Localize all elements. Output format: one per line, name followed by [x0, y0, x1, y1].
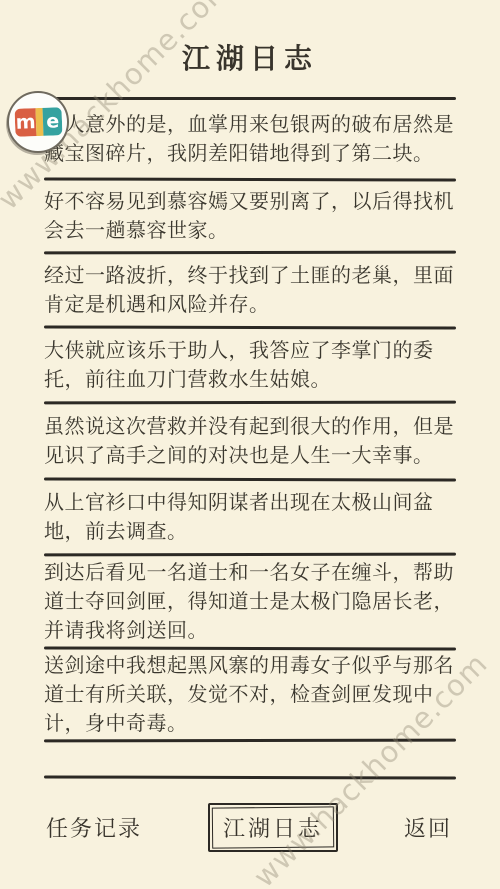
divider-line — [44, 646, 456, 650]
divider-line — [44, 477, 456, 481]
journal-tab-button[interactable]: 江湖日志 — [208, 803, 338, 852]
me-logo-icon: m e — [14, 107, 62, 137]
logo-letter-m: m — [14, 108, 36, 137]
journal-screen: www.hackhome.com www.hackhome.com 江湖日志 m… — [0, 0, 500, 889]
divider-line — [44, 553, 456, 557]
journal-entry: 大侠就应该乐于助人，我答应了李掌门的委托，前往血刀门营救水生姑娘。 — [44, 336, 456, 394]
divider-line — [44, 251, 456, 255]
logo-letter-e: e — [42, 107, 62, 136]
divider-line — [44, 325, 456, 329]
back-button[interactable]: 返回 — [404, 812, 452, 843]
divider-line — [44, 177, 456, 181]
journal-entry: 到达后看见一名道士和一名女子在缠斗，帮助道士夺回剑匣，得知道士是太极门隐居长老，… — [44, 558, 456, 645]
journal-entry: 令人意外的是，血掌用来包银两的破布居然是藏宝图碎片，我阴差阳错地得到了第二块。 — [44, 110, 456, 168]
journal-entry: 从上官衫口中得知阴谋者出现在太极山间盆地，前去调查。 — [44, 488, 456, 546]
journal-list: 令人意外的是，血掌用来包银两的破布居然是藏宝图碎片，我阴差阳错地得到了第二块。 … — [0, 97, 500, 779]
task-record-button[interactable]: 任务记录 — [46, 812, 142, 843]
journal-entry: 好不容易见到慕容嫣又要别离了，以后得找机会去一趟慕容世家。 — [44, 187, 456, 245]
divider-line — [44, 775, 456, 779]
divider-line — [44, 97, 456, 100]
hackhome-logo: m e — [7, 91, 69, 153]
divider-line — [44, 401, 456, 405]
journal-entry: 经过一路波折，终于找到了土匪的老巢，里面肯定是机遇和风险并存。 — [44, 261, 456, 319]
journal-entry: 送剑途中我想起黑风寨的用毒女子似乎与那名道士有所关联，发觉不对，检查剑匣发现中计… — [44, 651, 456, 738]
divider-line — [44, 739, 456, 743]
bottom-nav: 任务记录 江湖日志 返回 — [46, 803, 452, 852]
journal-entry: 虽然说这次营救并没有起到很大的作用，但是见识了高手之间的对决也是人生一大幸事。 — [44, 412, 456, 470]
page-title: 江湖日志 — [0, 0, 500, 76]
